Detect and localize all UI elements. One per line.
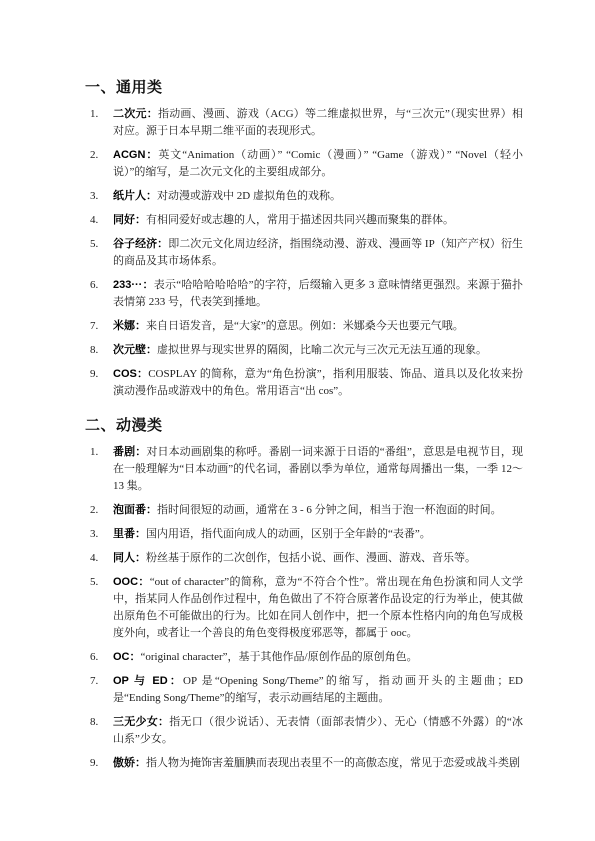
item-term: 傲娇： <box>113 757 146 769</box>
item-term: 里番： <box>113 528 146 540</box>
glossary-item: 8. 三无少女：指无口（很少说话）、无表情（面部表情少）、无心（情感不外露）的“… <box>90 714 523 748</box>
item-number: 5. <box>90 574 113 642</box>
document-page: 一、通用类 1. 二次元：指动画、漫画、游戏（ACG）等二维虚拟世界，与“三次元… <box>0 0 595 841</box>
item-number: 1. <box>90 106 113 140</box>
item-term: 同好： <box>113 214 146 226</box>
item-term: 三无少女： <box>113 716 169 728</box>
item-term: 次元壁： <box>113 344 157 356</box>
item-term: OOC： <box>113 576 150 588</box>
item-number: 6. <box>90 649 113 666</box>
item-term: 米娜： <box>113 320 146 332</box>
item-text: 虚拟世界与现实世界的隔阂，比喻二次元与三次元无法互通的现象。 <box>157 344 487 356</box>
item-definition: ACGN：英文“Animation（动画）” “Comic（漫画）” “Game… <box>113 147 523 181</box>
item-definition: OC：“original character”，基于其他作品/原创作品的原创角色… <box>113 649 523 666</box>
item-definition: 里番：国内用语，指代面向成人的动画，区别于全年龄的“表番”。 <box>113 526 523 543</box>
item-number: 5. <box>90 236 113 270</box>
glossary-item: 5. 谷子经济：即二次元文化周边经济，指围绕动漫、游戏、漫画等 IP（知产产权）… <box>90 236 523 270</box>
glossary-item: 9. 傲娇：指人物为掩饰害羞腼腆而表现出表里不一的高傲态度，常见于恋爱或战斗类剧 <box>90 755 523 772</box>
item-definition: 同好：有相同爱好或志趣的人，常用于描述因共同兴趣而聚集的群体。 <box>113 212 523 229</box>
item-term: 谷子经济： <box>113 238 168 250</box>
item-text: “original character”，基于其他作品/原创作品的原创角色。 <box>141 651 418 663</box>
item-definition: OOC：“out of character”的简称，意为“不符合个性”。常出现在… <box>113 574 523 642</box>
item-text: 即二次元文化周边经济，指围绕动漫、游戏、漫画等 IP（知产产权）衍生的商品及其市… <box>113 238 523 267</box>
item-text: 指人物为掩饰害羞腼腆而表现出表里不一的高傲态度，常见于恋爱或战斗类剧 <box>146 757 520 769</box>
item-term: OP 与 ED： <box>113 675 183 687</box>
item-number: 1. <box>90 444 113 495</box>
item-number: 7. <box>90 318 113 335</box>
item-definition: 三无少女：指无口（很少说话）、无表情（面部表情少）、无心（情感不外露）的“冰山系… <box>113 714 523 748</box>
item-number: 3. <box>90 526 113 543</box>
item-number: 4. <box>90 550 113 567</box>
item-number: 6. <box>90 277 113 311</box>
section-general: 一、通用类 1. 二次元：指动画、漫画、游戏（ACG）等二维虚拟世界，与“三次元… <box>85 78 523 400</box>
item-number: 9. <box>90 755 113 772</box>
section-title: 二、动漫类 <box>85 416 523 435</box>
glossary-item: 5. OOC：“out of character”的简称，意为“不符合个性”。常… <box>90 574 523 642</box>
glossary-item: 6. OC：“original character”，基于其他作品/原创作品的原… <box>90 649 523 666</box>
glossary-item: 3. 纸片人：对动漫或游戏中 2D 虚拟角色的戏称。 <box>90 188 523 205</box>
item-definition: COS：COSPLAY 的简称，意为“角色扮演”，指利用服装、饰品、道具以及化妆… <box>113 366 523 400</box>
item-term: ACGN： <box>113 149 158 161</box>
item-definition: 233···：表示“哈哈哈哈哈哈”的字符，后缀输入更多 3 意味情绪更强烈。来源… <box>113 277 523 311</box>
item-number: 7. <box>90 673 113 707</box>
glossary-item: 8. 次元壁：虚拟世界与现实世界的隔阂，比喻二次元与三次元无法互通的现象。 <box>90 342 523 359</box>
item-definition: 次元壁：虚拟世界与现实世界的隔阂，比喻二次元与三次元无法互通的现象。 <box>113 342 523 359</box>
item-text: 国内用语，指代面向成人的动画，区别于全年龄的“表番”。 <box>146 528 431 540</box>
glossary-item: 7. OP 与 ED：OP 是“Opening Song/Theme”的缩写，指… <box>90 673 523 707</box>
glossary-item: 4. 同人：粉丝基于原作的二次创作，包括小说、画作、漫画、游戏、音乐等。 <box>90 550 523 567</box>
item-text: 英文“Animation（动画）” “Comic（漫画）” “Game（游戏）”… <box>113 149 523 178</box>
item-text: 指动画、漫画、游戏（ACG）等二维虚拟世界，与“三次元”（现实世界）相对应。源于… <box>113 108 523 137</box>
item-text: 有相同爱好或志趣的人，常用于描述因共同兴趣而聚集的群体。 <box>146 214 454 226</box>
glossary-item: 6. 233···：表示“哈哈哈哈哈哈”的字符，后缀输入更多 3 意味情绪更强烈… <box>90 277 523 311</box>
item-number: 3. <box>90 188 113 205</box>
item-text: 表示“哈哈哈哈哈哈”的字符，后缀输入更多 3 意味情绪更强烈。来源于猫扑表情第 … <box>113 279 523 308</box>
item-definition: 米娜：来自日语发音，是“大家”的意思。例如：米娜桑今天也要元气哦。 <box>113 318 523 335</box>
item-number: 4. <box>90 212 113 229</box>
glossary-item: 7. 米娜：来自日语发音，是“大家”的意思。例如：米娜桑今天也要元气哦。 <box>90 318 523 335</box>
item-definition: 番剧：对日本动画剧集的称呼。番剧一词来源于日语的“番组”，意思是电视节目，现在一… <box>113 444 523 495</box>
item-text: COSPLAY 的简称，意为“角色扮演”，指利用服装、饰品、道具以及化妆来扮演动… <box>113 368 523 397</box>
item-text: 指时间很短的动画，通常在 3 - 6 分钟之间，相当于泡一杯泡面的时间。 <box>157 504 502 516</box>
item-term: 泡面番： <box>113 504 157 516</box>
item-term: 纸片人： <box>113 190 157 202</box>
glossary-item: 1. 二次元：指动画、漫画、游戏（ACG）等二维虚拟世界，与“三次元”（现实世界… <box>90 106 523 140</box>
section-anime: 二、动漫类 1. 番剧：对日本动画剧集的称呼。番剧一词来源于日语的“番组”，意思… <box>85 416 523 772</box>
item-number: 2. <box>90 147 113 181</box>
item-definition: 谷子经济：即二次元文化周边经济，指围绕动漫、游戏、漫画等 IP（知产产权）衍生的… <box>113 236 523 270</box>
item-text: 对日本动画剧集的称呼。番剧一词来源于日语的“番组”，意思是电视节目，现在一般理解… <box>113 446 523 492</box>
item-definition: 同人：粉丝基于原作的二次创作，包括小说、画作、漫画、游戏、音乐等。 <box>113 550 523 567</box>
item-definition: 泡面番：指时间很短的动画，通常在 3 - 6 分钟之间，相当于泡一杯泡面的时间。 <box>113 502 523 519</box>
item-text: 对动漫或游戏中 2D 虚拟角色的戏称。 <box>157 190 341 202</box>
item-term: 二次元： <box>113 108 158 120</box>
item-number: 8. <box>90 342 113 359</box>
glossary-item: 4. 同好：有相同爱好或志趣的人，常用于描述因共同兴趣而聚集的群体。 <box>90 212 523 229</box>
glossary-item: 9. COS：COSPLAY 的简称，意为“角色扮演”，指利用服装、饰品、道具以… <box>90 366 523 400</box>
glossary-item: 3. 里番：国内用语，指代面向成人的动画，区别于全年龄的“表番”。 <box>90 526 523 543</box>
item-definition: 傲娇：指人物为掩饰害羞腼腆而表现出表里不一的高傲态度，常见于恋爱或战斗类剧 <box>113 755 523 772</box>
item-text: 来自日语发音，是“大家”的意思。例如：米娜桑今天也要元气哦。 <box>146 320 464 332</box>
item-definition: 纸片人：对动漫或游戏中 2D 虚拟角色的戏称。 <box>113 188 523 205</box>
item-text: “out of character”的简称，意为“不符合个性”。常出现在角色扮演… <box>113 576 523 639</box>
glossary-item: 2. ACGN：英文“Animation（动画）” “Comic（漫画）” “G… <box>90 147 523 181</box>
item-term: 233···： <box>113 279 154 291</box>
item-term: 同人： <box>113 552 146 564</box>
item-term: COS： <box>113 368 148 380</box>
glossary-item: 2. 泡面番：指时间很短的动画，通常在 3 - 6 分钟之间，相当于泡一杯泡面的… <box>90 502 523 519</box>
item-number: 8. <box>90 714 113 748</box>
glossary-list: 1. 番剧：对日本动画剧集的称呼。番剧一词来源于日语的“番组”，意思是电视节目，… <box>85 444 523 772</box>
item-term: OC： <box>113 651 141 663</box>
item-number: 9. <box>90 366 113 400</box>
item-definition: 二次元：指动画、漫画、游戏（ACG）等二维虚拟世界，与“三次元”（现实世界）相对… <box>113 106 523 140</box>
glossary-item: 1. 番剧：对日本动画剧集的称呼。番剧一词来源于日语的“番组”，意思是电视节目，… <box>90 444 523 495</box>
item-text: 粉丝基于原作的二次创作，包括小说、画作、漫画、游戏、音乐等。 <box>146 552 476 564</box>
item-definition: OP 与 ED：OP 是“Opening Song/Theme”的缩写，指动画开… <box>113 673 523 707</box>
item-term: 番剧： <box>113 446 146 458</box>
section-title: 一、通用类 <box>85 78 523 97</box>
document-content: 一、通用类 1. 二次元：指动画、漫画、游戏（ACG）等二维虚拟世界，与“三次元… <box>85 78 523 779</box>
glossary-list: 1. 二次元：指动画、漫画、游戏（ACG）等二维虚拟世界，与“三次元”（现实世界… <box>85 106 523 400</box>
item-number: 2. <box>90 502 113 519</box>
item-text: 指无口（很少说话）、无表情（面部表情少）、无心（情感不外露）的“冰山系”少女。 <box>113 716 523 745</box>
